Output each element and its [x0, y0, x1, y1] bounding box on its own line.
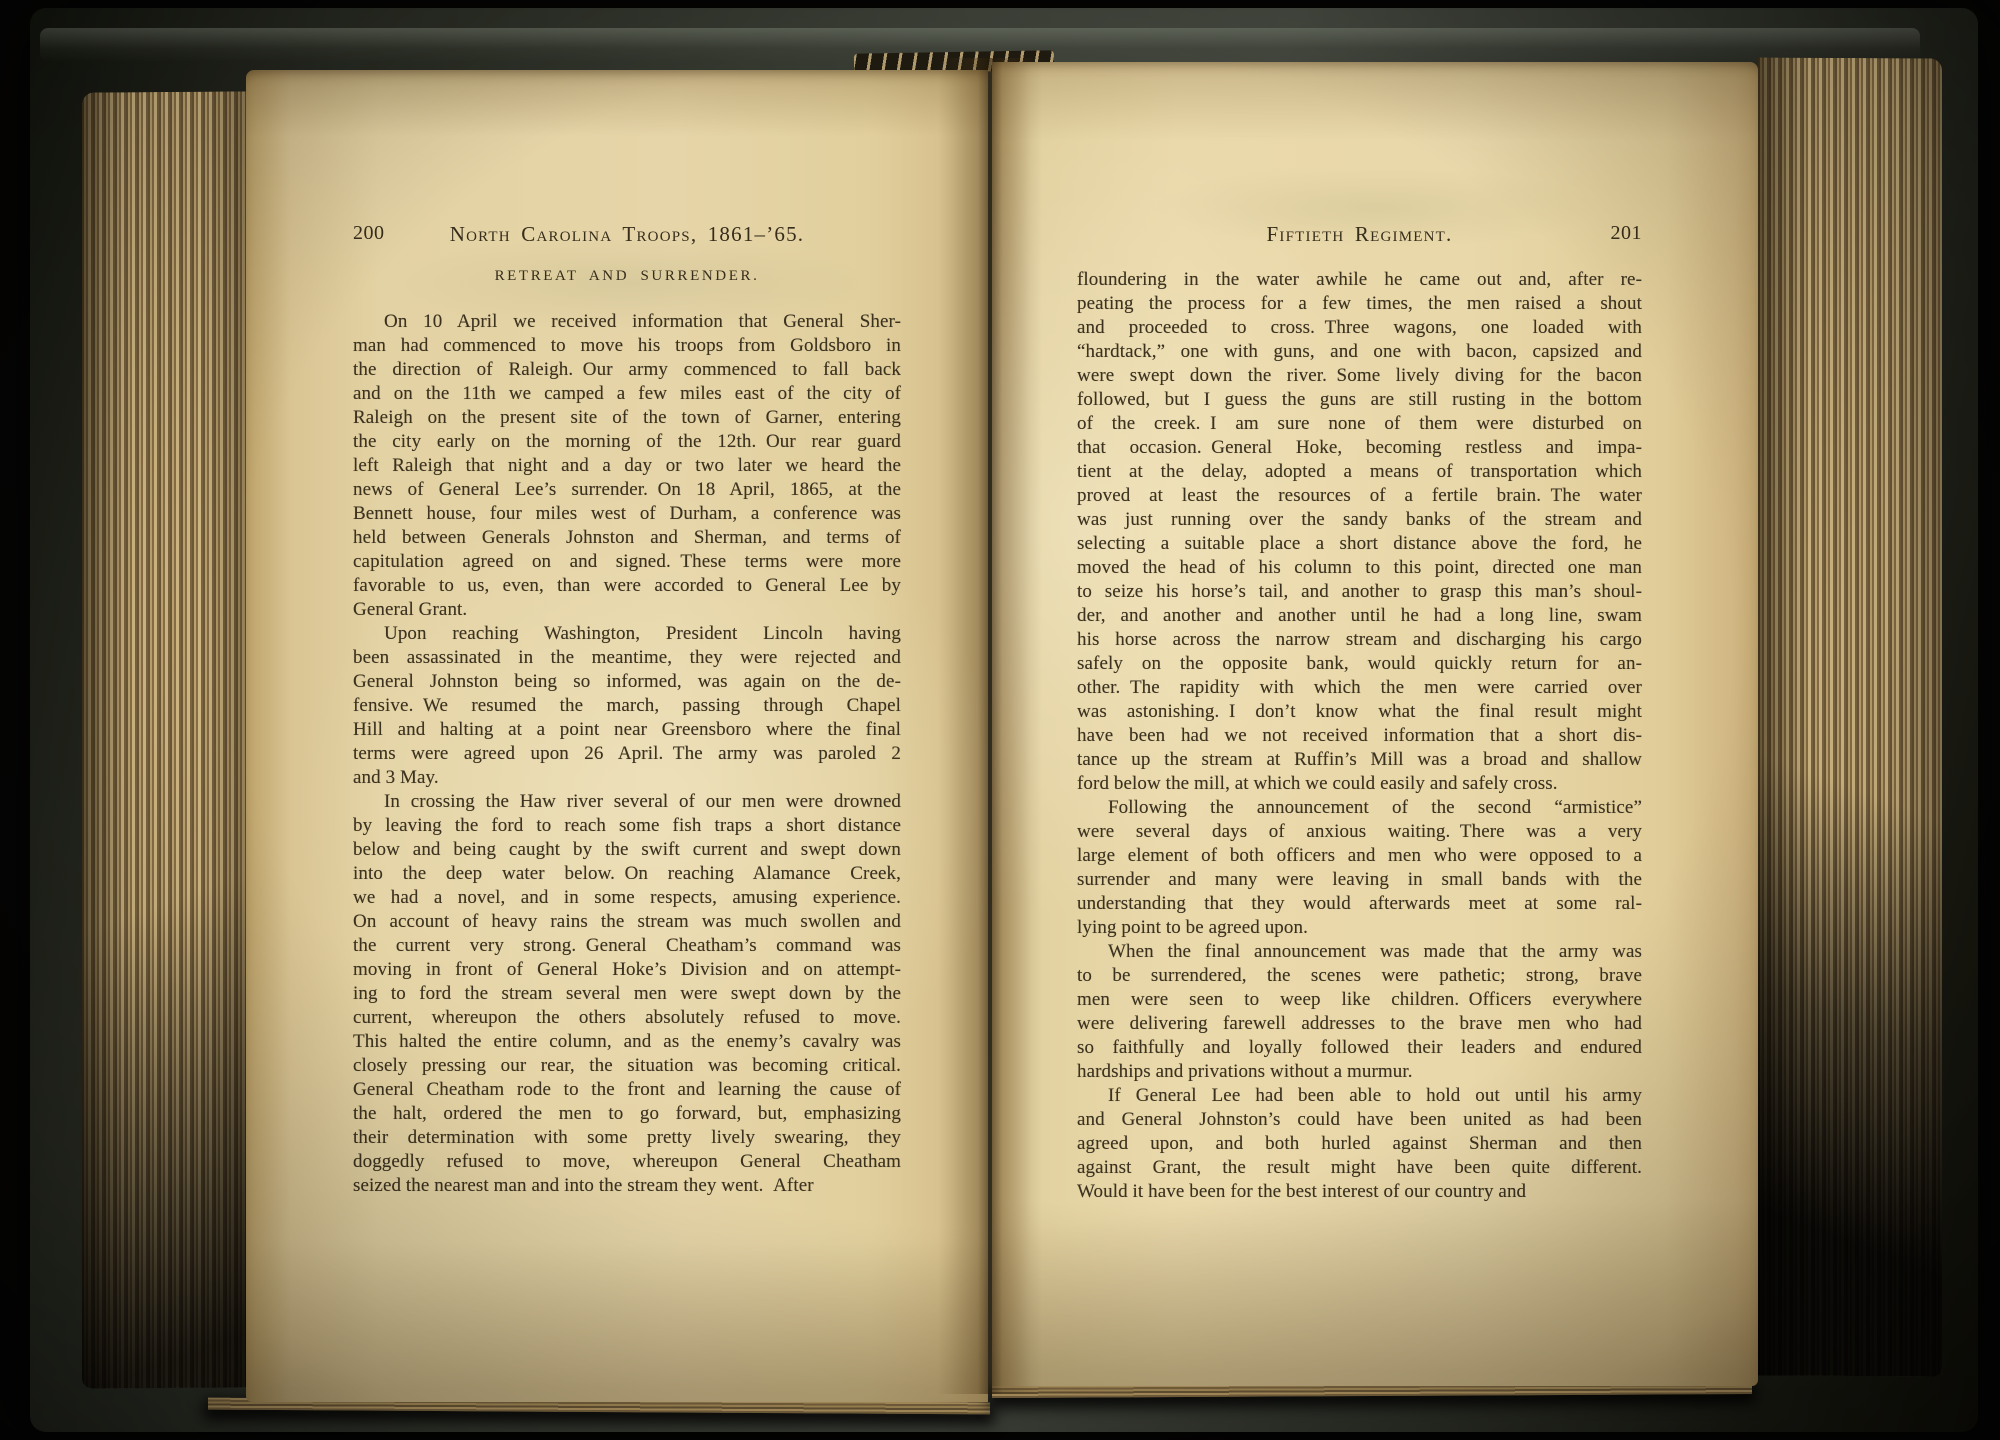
text-line: floundering in the water awhile he came … [1077, 268, 1642, 292]
text-line: ing to ford the stream several men were … [353, 982, 901, 1006]
text-line: and on the 11th we camped a few miles ea… [353, 382, 901, 406]
text-line: against Grant, the result might have bee… [1077, 1156, 1642, 1180]
text-line: proved at least the resources of a ferti… [1077, 484, 1642, 508]
text-line: to be surrendered, the scenes were pathe… [1077, 964, 1642, 988]
text-line: the direction of Raleigh. Our army comme… [353, 358, 901, 382]
text-line: their determination with some pretty liv… [353, 1126, 901, 1150]
text-line: moving in front of General Hoke’s Divisi… [353, 958, 901, 982]
text-line: were delivering farewell addresses to th… [1077, 1012, 1642, 1036]
page-edges-right [1758, 58, 1942, 1377]
left-page: 200 North Carolina Troops, 1861–’65. RET… [246, 70, 988, 1402]
text-line: capitulation agreed on and signed. These… [353, 550, 901, 574]
right-page-body: floundering in the water awhile he came … [1077, 268, 1642, 1204]
text-line: selecting a suitable place a short dista… [1077, 532, 1642, 556]
text-line: into the deep water below. On reaching A… [353, 862, 901, 886]
text-line: seized the nearest man and into the stre… [353, 1174, 901, 1198]
text-line: Upon reaching Washington, President Linc… [353, 622, 901, 646]
text-line: was just running over the sandy banks of… [1077, 508, 1642, 532]
text-line: der, and another and another until he ha… [1077, 604, 1642, 628]
text-line: Raleigh on the present site of the town … [353, 406, 901, 430]
text-line: that occasion. General Hoke, becoming re… [1077, 436, 1642, 460]
text-line: so faithfully and loyally followed their… [1077, 1036, 1642, 1060]
text-line: other. The rapidity with which the men w… [1077, 676, 1642, 700]
text-line: General Cheatham rode to the front and l… [353, 1078, 901, 1102]
text-line: ford below the mill, at which we could e… [1077, 772, 1642, 796]
text-line: by leaving the ford to reach some fish t… [353, 814, 901, 838]
text-line: and 3 May. [353, 766, 901, 790]
text-line: Bennett house, four miles west of Durham… [353, 502, 901, 526]
text-line: Would it have been for the best interest… [1077, 1180, 1642, 1204]
text-line: to seize his horse’s tail, and another t… [1077, 580, 1642, 604]
text-line: On account of heavy rains the stream was… [353, 910, 901, 934]
text-line: was astonishing. I don’t know what the f… [1077, 700, 1642, 724]
text-line: tient at the delay, adopted a means of t… [1077, 460, 1642, 484]
text-line: “hardtack,” one with guns, and one with … [1077, 340, 1642, 364]
text-line: In crossing the Haw river several of our… [353, 790, 901, 814]
text-line: left Raleigh that night and a day or two… [353, 454, 901, 478]
text-line: closely pressing our rear, the situation… [353, 1054, 901, 1078]
text-line: Hill and halting at a point near Greensb… [353, 718, 901, 742]
text-line: On 10 April we received information that… [353, 310, 901, 334]
text-line: have been had we not received informatio… [1077, 724, 1642, 748]
page-edges-left [82, 91, 246, 1388]
page-number: 200 [353, 222, 385, 245]
running-header: North Carolina Troops, 1861–’65. [353, 222, 901, 247]
text-line: of the creek. I am sure none of them wer… [1077, 412, 1642, 436]
text-line: terms were agreed upon 26 April. The arm… [353, 742, 901, 766]
running-header: Fiftieth Regiment. [1077, 222, 1642, 247]
paragraph: Upon reaching Washington, President Linc… [353, 622, 901, 790]
text-line: men were seen to weep like children. Off… [1077, 988, 1642, 1012]
book-photo: 200 North Carolina Troops, 1861–’65. RET… [0, 0, 2000, 1440]
left-page-header: 200 North Carolina Troops, 1861–’65. [353, 222, 901, 250]
text-line: the current very strong. General Cheatha… [353, 934, 901, 958]
text-line: tance up the stream at Ruffin’s Mill was… [1077, 748, 1642, 772]
text-line: When the final announcement was made tha… [1077, 940, 1642, 964]
text-line: and General Johnston’s could have been u… [1077, 1108, 1642, 1132]
right-page: Fiftieth Regiment. 201 floundering in th… [992, 62, 1758, 1386]
text-line: below and being caught by the swift curr… [353, 838, 901, 862]
text-line: This halted the entire column, and as th… [353, 1030, 901, 1054]
text-line: followed, but I guess the guns are still… [1077, 388, 1642, 412]
text-line: favorable to us, even, than were accorde… [353, 574, 901, 598]
text-line: surrender and many were leaving in small… [1077, 868, 1642, 892]
text-line: fensive. We resumed the march, passing t… [353, 694, 901, 718]
text-line: peating the process for a few times, the… [1077, 292, 1642, 316]
text-line: and proceeded to cross. Three wagons, on… [1077, 316, 1642, 340]
text-line: were swept down the river. Some lively d… [1077, 364, 1642, 388]
text-line: his horse across the narrow stream and d… [1077, 628, 1642, 652]
text-line: moved the head of his column to this poi… [1077, 556, 1642, 580]
paragraph: In crossing the Haw river several of our… [353, 790, 901, 1198]
text-line: Following the announcement of the second… [1077, 796, 1642, 820]
text-line: held between Generals Johnston and Sherm… [353, 526, 901, 550]
text-line: news of General Lee’s surrender. On 18 A… [353, 478, 901, 502]
text-line: the city early on the morning of the 12t… [353, 430, 901, 454]
paragraph: On 10 April we received information that… [353, 310, 901, 622]
section-heading: RETREAT AND SURRENDER. [353, 268, 901, 285]
text-line: If General Lee had been able to hold out… [1077, 1084, 1642, 1108]
text-line: doggedly refused to move, whereupon Gene… [353, 1150, 901, 1174]
text-line: General Johnston being so informed, was … [353, 670, 901, 694]
paragraph: Following the announcement of the second… [1077, 796, 1642, 940]
paragraph: floundering in the water awhile he came … [1077, 268, 1642, 796]
text-line: were several days of anxious waiting. Th… [1077, 820, 1642, 844]
paragraph: When the final announcement was made tha… [1077, 940, 1642, 1084]
text-line: General Grant. [353, 598, 901, 622]
text-line: been assassinated in the meantime, they … [353, 646, 901, 670]
text-line: the halt, ordered the men to go forward,… [353, 1102, 901, 1126]
text-line: large element of both officers and men w… [1077, 844, 1642, 868]
text-line: understanding that they would afterwards… [1077, 892, 1642, 916]
text-line: safely on the opposite bank, would quick… [1077, 652, 1642, 676]
text-line: lying point to be agreed upon. [1077, 916, 1642, 940]
text-line: agreed upon, and both hurled against She… [1077, 1132, 1642, 1156]
right-page-header: Fiftieth Regiment. 201 [1077, 222, 1642, 250]
text-line: current, whereupon the others absolutely… [353, 1006, 901, 1030]
paragraph: If General Lee had been able to hold out… [1077, 1084, 1642, 1204]
text-line: hardships and privations without a murmu… [1077, 1060, 1642, 1084]
page-number: 201 [1611, 222, 1643, 245]
text-line: we had a novel, and in some respects, am… [353, 886, 901, 910]
left-page-body: On 10 April we received information that… [353, 310, 901, 1198]
text-line: man had commenced to move his troops fro… [353, 334, 901, 358]
